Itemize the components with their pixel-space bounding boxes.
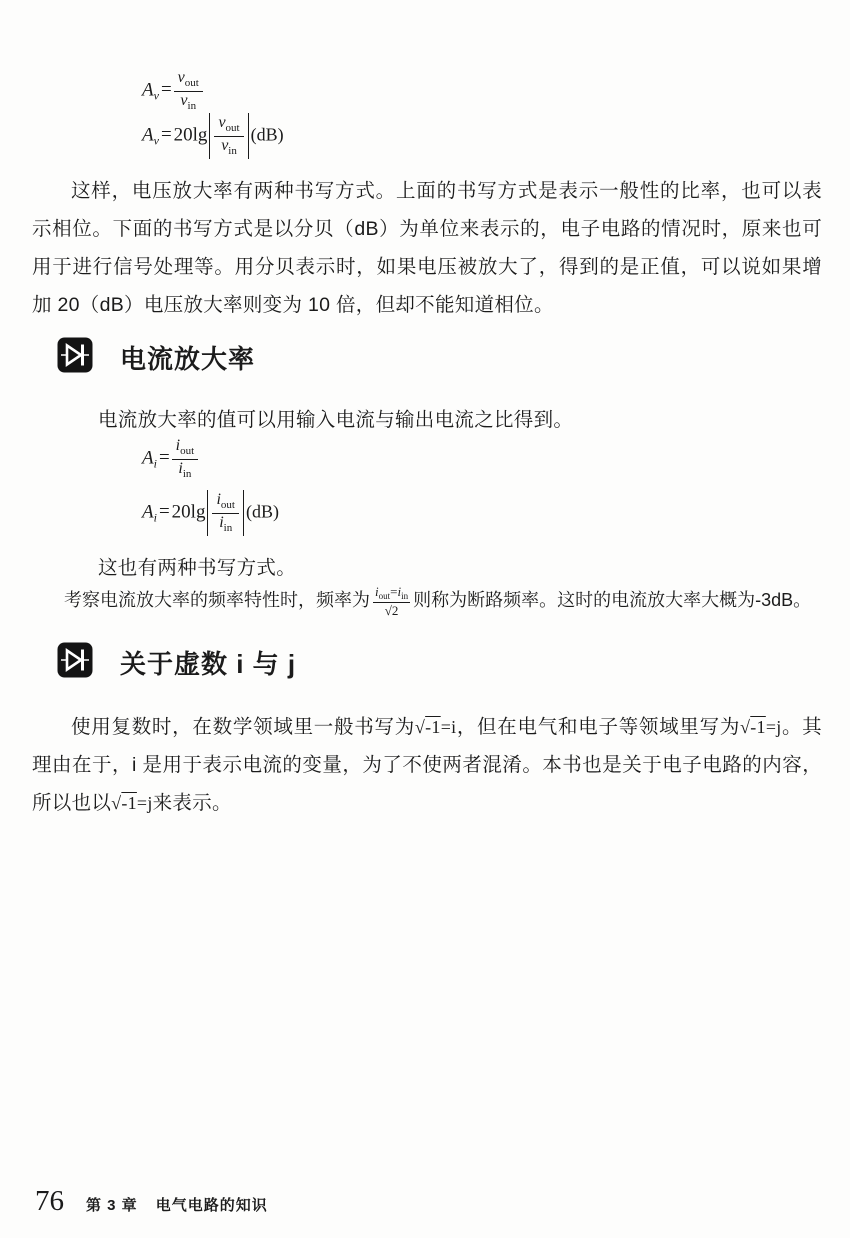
fraction: voutvin	[214, 115, 243, 157]
equals-j: =j	[137, 793, 153, 813]
denominator-sub: in	[183, 468, 192, 480]
equals-j: =j	[766, 717, 782, 737]
formula-current-ratio: Ai=ioutiin	[142, 438, 198, 480]
diode-icon	[56, 641, 94, 684]
absolute-bars: voutvin	[209, 113, 248, 159]
equals-i: =i	[441, 717, 457, 737]
numerator-sub: out	[180, 445, 194, 457]
current-gain-intro: 电流放大率的值可以用输入电流与输出电流之比得到。	[98, 404, 573, 432]
denominator-sub: in	[224, 522, 233, 534]
absolute-bars: ioutiin	[207, 490, 244, 536]
equals-sign: =	[157, 447, 172, 468]
fraction: voutvin	[174, 70, 203, 112]
fraction: ioutiin	[212, 492, 239, 534]
denominator: v	[180, 92, 187, 109]
numerator-sub: out	[226, 122, 240, 134]
page-footer: 76 第 3 章 电气电路的知识	[35, 1185, 268, 1218]
imaginary-text-2: ，但在电气和电子等领域里写为	[456, 716, 740, 738]
radicand: -1	[121, 793, 137, 813]
cutoff-note-post: 则称为断路频率。这时的电流放大率大概为-3dB。	[413, 590, 811, 610]
diode-icon	[56, 336, 94, 379]
section-header-imaginary: 关于虚数 i 与 j	[56, 641, 296, 684]
inline-fraction: iout=iin√2	[373, 585, 410, 617]
page-number: 76	[35, 1185, 64, 1218]
unit-label: (dB)	[251, 124, 284, 144]
section-title: 关于虚数 i 与 j	[120, 644, 296, 681]
book-page: Av=voutvin Av=20lgvoutvin(dB) 这样，电压放大率有两…	[0, 0, 850, 1238]
equals-sign: =	[159, 124, 174, 145]
sqrt-expression: √-1=j	[111, 793, 152, 813]
radical-sign: √	[415, 717, 425, 737]
sqrt-expression: √-1=j	[740, 717, 781, 737]
coefficient: 20lg	[172, 501, 206, 522]
radical-sign: √	[740, 717, 750, 737]
unit-label: (dB)	[246, 501, 279, 521]
section-header-current-gain: 电流放大率	[56, 336, 255, 379]
equals-sign: =	[157, 501, 172, 522]
numerator-sub: out	[221, 499, 235, 511]
formula-voltage-db: Av=20lgvoutvin(dB)	[142, 113, 284, 159]
voltage-gain-paragraph: 这样，电压放大率有两种书写方式。上面的书写方式是表示一般性的比率，也可以表示相位…	[32, 172, 822, 324]
formula-symbol: A	[142, 124, 154, 145]
denominator-sub: in	[228, 145, 237, 157]
formula-symbol: A	[142, 501, 154, 522]
numerator-sub: out	[379, 591, 391, 601]
numerator-sub: out	[185, 77, 199, 89]
denominator: √2	[373, 603, 410, 617]
two-forms-note: 这也有两种书写方式。	[98, 552, 296, 580]
chapter-label: 第 3 章	[86, 1194, 138, 1215]
imaginary-text-1: 使用复数时，在数学领域里一般书写为	[71, 716, 415, 738]
equals-sign: =	[159, 79, 174, 100]
radicand: -1	[425, 717, 441, 737]
numerator: v	[218, 114, 225, 131]
formula-symbol: A	[142, 79, 154, 100]
formula-voltage-ratio: Av=voutvin	[142, 70, 203, 112]
fraction: ioutiin	[172, 438, 199, 480]
chapter-title: 电气电路的知识	[156, 1194, 268, 1215]
sqrt-expression: √-1=i	[415, 717, 456, 737]
radicand: -1	[750, 717, 766, 737]
numerator: v	[178, 69, 185, 86]
cutoff-frequency-note: 考察电流放大率的频率特性时，频率为iout=iin√2则称为断路频率。这时的电流…	[64, 585, 811, 617]
formula-current-db: Ai=20lgioutiin(dB)	[142, 490, 279, 536]
section-title: 电流放大率	[120, 339, 255, 376]
denominator-sub: in	[188, 100, 197, 112]
numerator2-sub: in	[401, 591, 408, 601]
formula-symbol: A	[142, 447, 154, 468]
imaginary-text-4: 来表示。	[153, 792, 232, 814]
coefficient: 20lg	[174, 124, 208, 145]
cutoff-note-pre: 考察电流放大率的频率特性时，频率为	[64, 590, 370, 610]
imaginary-paragraph: 使用复数时，在数学领域里一般书写为√-1=i，但在电气和电子等领域里写为√-1=…	[32, 708, 822, 822]
radical-sign: √	[111, 793, 121, 813]
